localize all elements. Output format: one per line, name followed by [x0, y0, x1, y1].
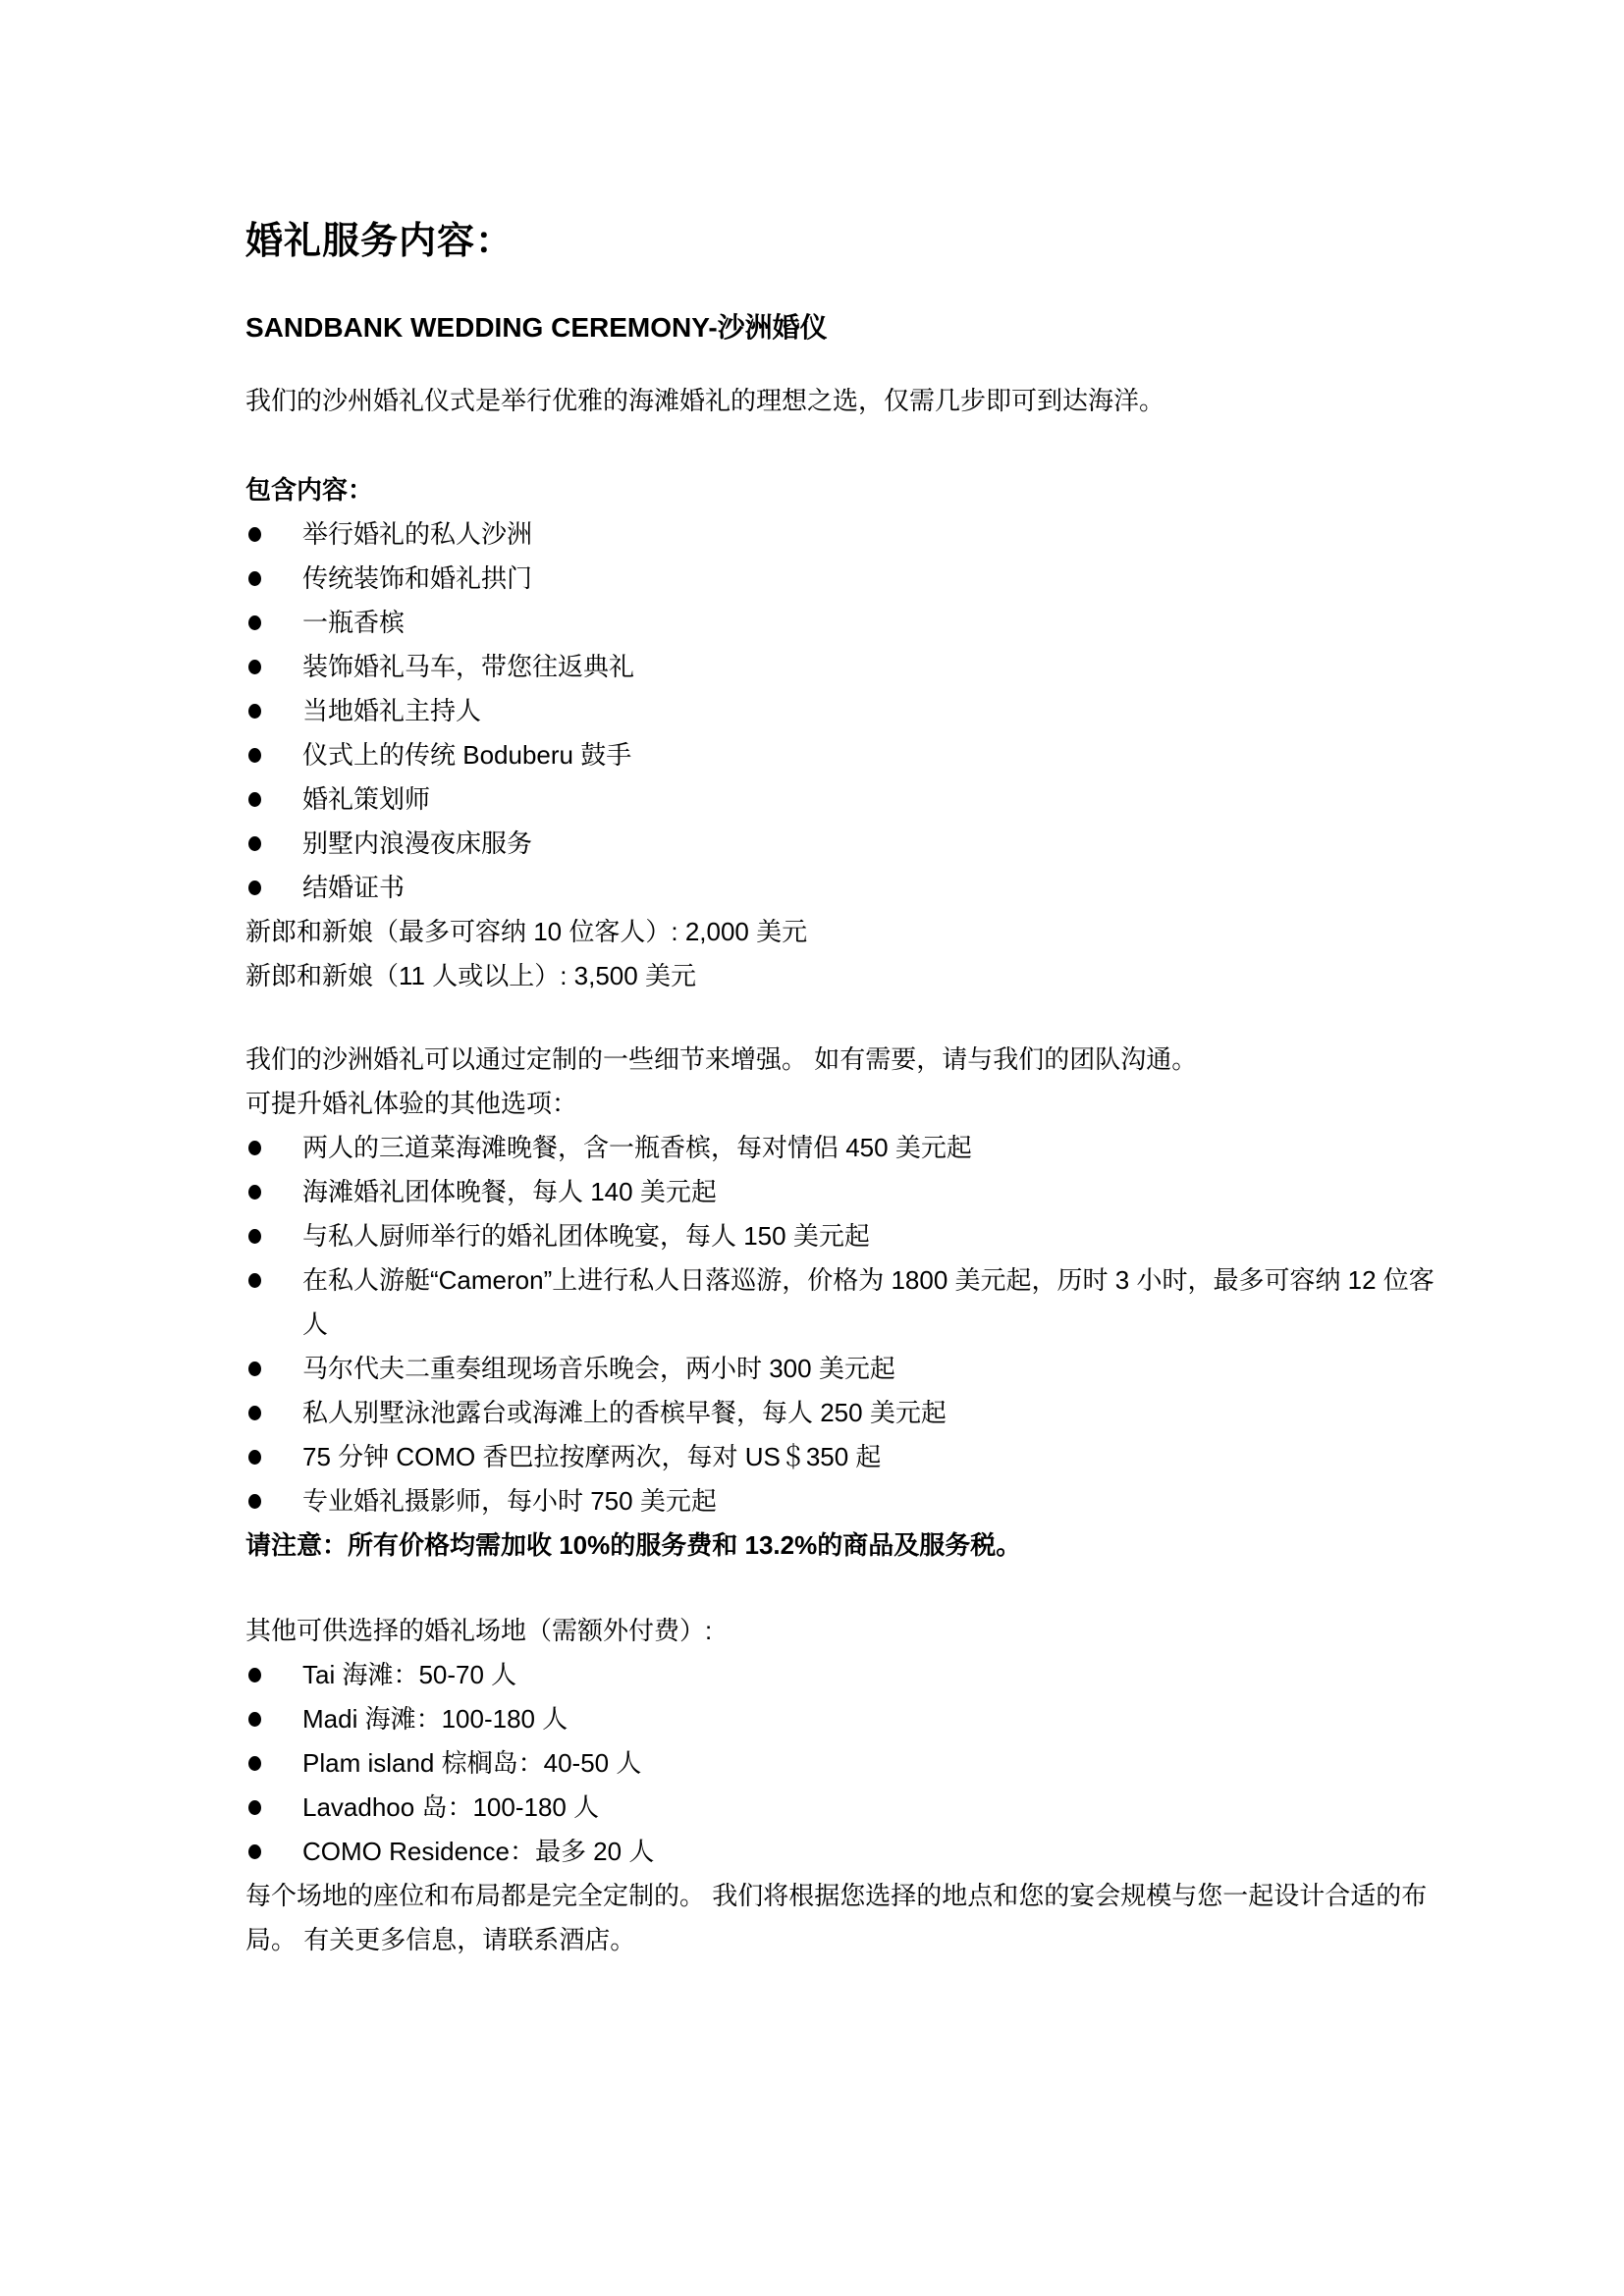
- bullet-icon: [248, 1229, 261, 1244]
- bullet-icon: [248, 704, 261, 719]
- venues-heading: 其他可供选择的婚礼场地（需额外付费）:: [245, 1609, 1435, 1653]
- list-item-text: Lavadhoo 岛：100-180 人: [302, 1792, 599, 1822]
- bullet-icon: [248, 1141, 261, 1155]
- enhancements-intro: 我们的沙洲婚礼可以通过定制的一些细节来增强。 如有需要，请与我们的团队沟通。: [245, 1038, 1435, 1082]
- bullet-icon: [248, 1185, 261, 1200]
- list-item-text: 别墅内浪漫夜床服务: [302, 828, 532, 858]
- list-item-text: COMO Residence：最多 20 人: [302, 1837, 654, 1866]
- included-section: 包含内容： 举行婚礼的私人沙洲 传统装饰和婚礼拱门 一瓶香槟 装饰婚礼马车，带您…: [245, 468, 1435, 998]
- closing-paragraph: 每个场地的座位和布局都是完全定制的。 我们将根据您选择的地点和您的宴会规模与您一…: [245, 1874, 1435, 1962]
- bullet-icon: [248, 1800, 261, 1815]
- list-item: Lavadhoo 岛：100-180 人: [245, 1786, 1435, 1830]
- ceremony-subtitle: SANDBANK WEDDING CEREMONY-沙洲婚仪: [245, 310, 1435, 346]
- intro-paragraph: 我们的沙州婚礼仪式是举行优雅的海滩婚礼的理想之选，仅需几步即可到达海洋。: [245, 379, 1435, 423]
- list-item: 仪式上的传统 Boduberu 鼓手: [245, 733, 1435, 777]
- bullet-icon: [248, 1450, 261, 1465]
- list-item: 75 分钟 COMO 香巴拉按摩两次，每对 US＄350 起: [245, 1435, 1435, 1479]
- list-item-text: 举行婚礼的私人沙洲: [302, 519, 532, 549]
- bullet-icon: [248, 1712, 261, 1727]
- list-item: 在私人游艇“Cameron”上进行私人日落巡游，价格为 1800 美元起，历时 …: [245, 1258, 1435, 1347]
- bullet-icon: [248, 748, 261, 763]
- list-item: 海滩婚礼团体晚餐，每人 140 美元起: [245, 1170, 1435, 1214]
- list-item: 一瓶香槟: [245, 601, 1435, 645]
- list-item-text: 马尔代夫二重奏组现场音乐晚会，两小时 300 美元起: [302, 1354, 895, 1383]
- enhancements-list: 两人的三道菜海滩晚餐，含一瓶香槟，每对情侣 450 美元起 海滩婚礼团体晚餐，每…: [245, 1126, 1435, 1523]
- bullet-icon: [248, 527, 261, 542]
- venues-list: Tai 海滩：50-70 人 Madi 海滩：100-180 人 Plam is…: [245, 1653, 1435, 1874]
- enhancements-section: 我们的沙洲婚礼可以通过定制的一些细节来增强。 如有需要，请与我们的团队沟通。 可…: [245, 1038, 1435, 1568]
- page-title: 婚礼服务内容：: [245, 218, 1435, 265]
- included-list: 举行婚礼的私人沙洲 传统装饰和婚礼拱门 一瓶香槟 装饰婚礼马车，带您往返典礼 当…: [245, 512, 1435, 910]
- list-item-text: Madi 海滩：100-180 人: [302, 1704, 568, 1734]
- bullet-icon: [248, 836, 261, 851]
- pricing-line: 新郎和新娘（最多可容纳 10 位客人）: 2,000 美元: [245, 910, 1435, 954]
- list-item: 与私人厨师举行的婚礼团体晚宴，每人 150 美元起: [245, 1214, 1435, 1258]
- list-item-text: 专业婚礼摄影师，每小时 750 美元起: [302, 1486, 717, 1516]
- pricing-line: 新郎和新娘（11 人或以上）: 3,500 美元: [245, 954, 1435, 998]
- bullet-icon: [248, 660, 261, 674]
- list-item-text: 当地婚礼主持人: [302, 696, 481, 725]
- bullet-icon: [248, 1668, 261, 1682]
- list-item-text: 两人的三道菜海滩晚餐，含一瓶香槟，每对情侣 450 美元起: [302, 1133, 972, 1162]
- bullet-icon: [248, 792, 261, 807]
- list-item: Madi 海滩：100-180 人: [245, 1697, 1435, 1741]
- list-item: 两人的三道菜海滩晚餐，含一瓶香槟，每对情侣 450 美元起: [245, 1126, 1435, 1170]
- document-page: 婚礼服务内容： SANDBANK WEDDING CEREMONY-沙洲婚仪 我…: [0, 0, 1624, 2296]
- list-item-text: 海滩婚礼团体晚餐，每人 140 美元起: [302, 1177, 717, 1206]
- bullet-icon: [248, 571, 261, 586]
- bullet-icon: [248, 881, 261, 895]
- bullet-icon: [248, 615, 261, 630]
- list-item: 马尔代夫二重奏组现场音乐晚会，两小时 300 美元起: [245, 1347, 1435, 1391]
- list-item-text: 私人别墅泳池露台或海滩上的香槟早餐，每人 250 美元起: [302, 1398, 947, 1427]
- list-item: 私人别墅泳池露台或海滩上的香槟早餐，每人 250 美元起: [245, 1391, 1435, 1435]
- bullet-icon: [248, 1494, 261, 1509]
- list-item-text: 与私人厨师举行的婚礼团体晚宴，每人 150 美元起: [302, 1221, 870, 1251]
- list-item-text: Plam island 棕榈岛：40-50 人: [302, 1748, 641, 1778]
- bullet-icon: [248, 1756, 261, 1771]
- bullet-icon: [248, 1406, 261, 1420]
- bullet-icon: [248, 1273, 261, 1288]
- list-item-text: 仪式上的传统 Boduberu 鼓手: [302, 740, 631, 770]
- list-item: 别墅内浪漫夜床服务: [245, 822, 1435, 866]
- list-item-text: 传统装饰和婚礼拱门: [302, 563, 532, 593]
- list-item: Tai 海滩：50-70 人: [245, 1653, 1435, 1697]
- list-item: Plam island 棕榈岛：40-50 人: [245, 1741, 1435, 1786]
- list-item-text: 婚礼策划师: [302, 784, 430, 814]
- bullet-icon: [248, 1362, 261, 1376]
- included-heading: 包含内容：: [245, 468, 1435, 512]
- list-item: COMO Residence：最多 20 人: [245, 1830, 1435, 1874]
- list-item: 婚礼策划师: [245, 777, 1435, 822]
- list-item-text: 75 分钟 COMO 香巴拉按摩两次，每对 US＄350 起: [302, 1442, 881, 1471]
- list-item-text: Tai 海滩：50-70 人: [302, 1660, 516, 1689]
- list-item-text: 在私人游艇“Cameron”上进行私人日落巡游，价格为 1800 美元起，历时 …: [302, 1265, 1435, 1339]
- list-item: 举行婚礼的私人沙洲: [245, 512, 1435, 557]
- list-item-text: 装饰婚礼马车，带您往返典礼: [302, 652, 634, 681]
- list-item: 专业婚礼摄影师，每小时 750 美元起: [245, 1479, 1435, 1523]
- list-item-text: 结婚证书: [302, 873, 405, 902]
- list-item: 传统装饰和婚礼拱门: [245, 557, 1435, 601]
- bullet-icon: [248, 1844, 261, 1859]
- list-item: 装饰婚礼马车，带您往返典礼: [245, 645, 1435, 689]
- enhancements-heading: 可提升婚礼体验的其他选项：: [245, 1082, 1435, 1126]
- service-fee-note: 请注意：所有价格均需加收 10%的服务费和 13.2%的商品及服务税。: [245, 1523, 1435, 1568]
- list-item: 结婚证书: [245, 866, 1435, 910]
- list-item-text: 一瓶香槟: [302, 608, 405, 637]
- venues-section: 其他可供选择的婚礼场地（需额外付费）: Tai 海滩：50-70 人 Madi …: [245, 1609, 1435, 1962]
- list-item: 当地婚礼主持人: [245, 689, 1435, 733]
